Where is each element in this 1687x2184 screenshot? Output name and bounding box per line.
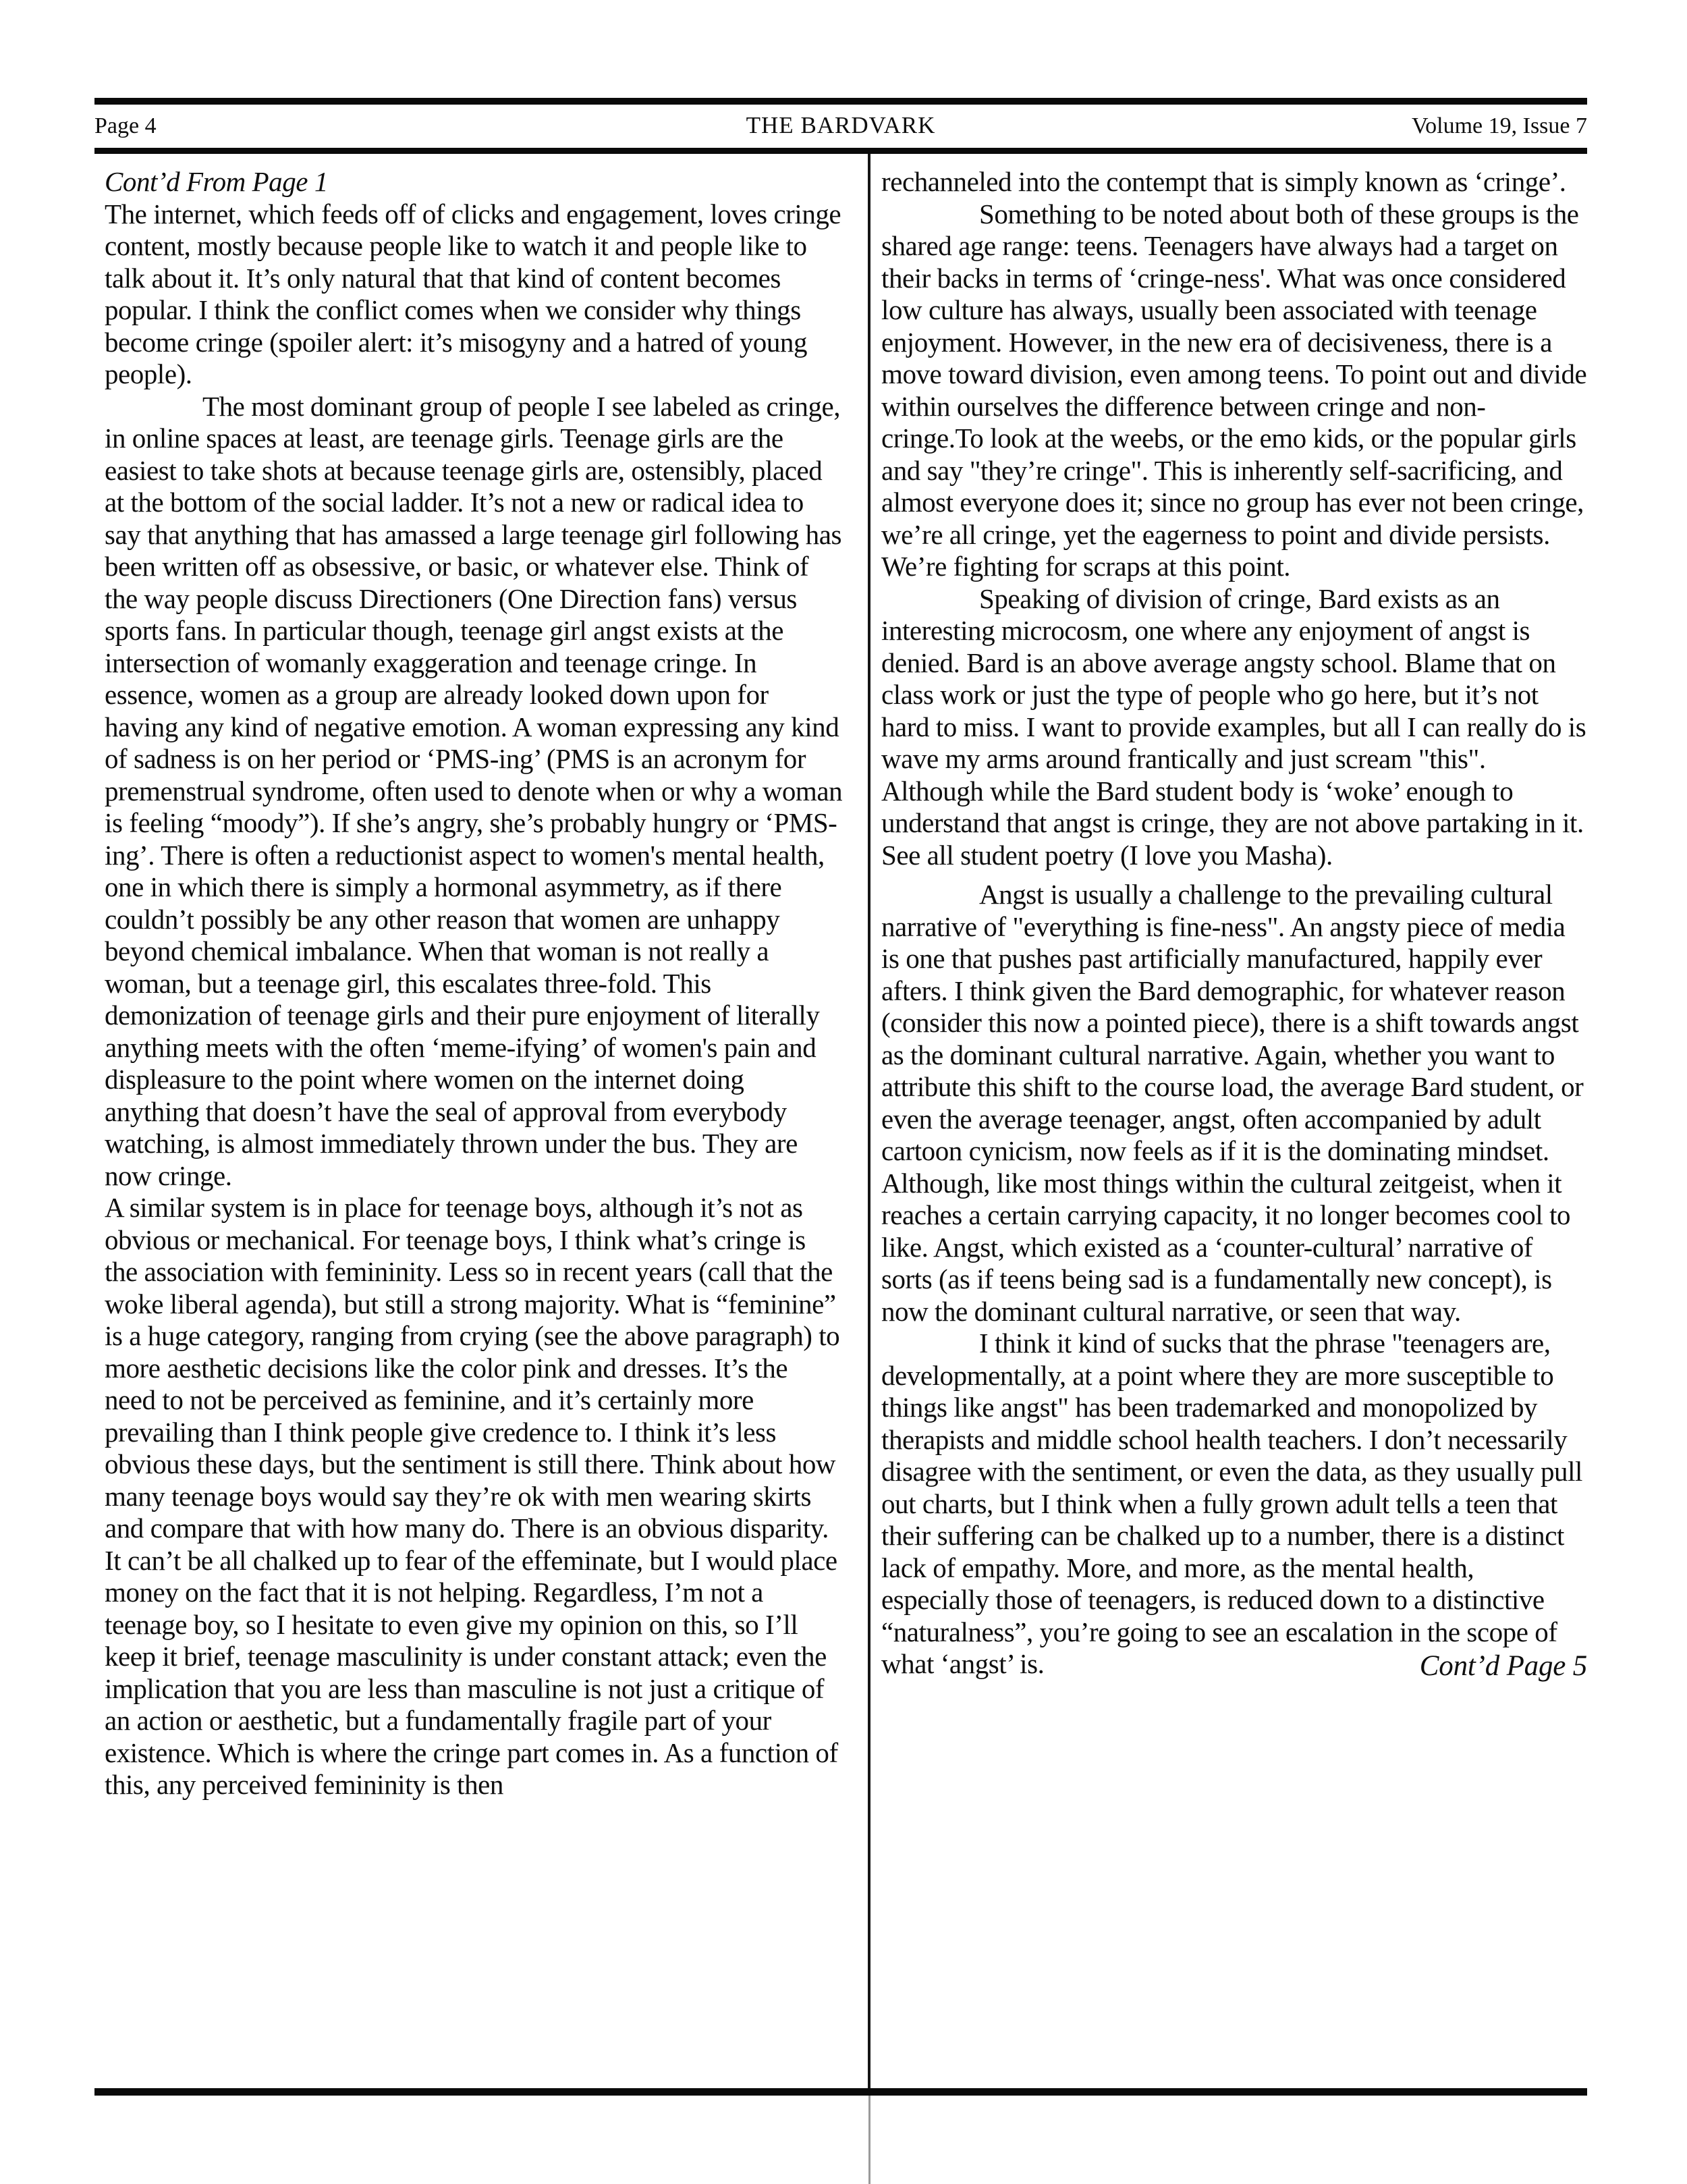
continued-on-note: Cont’d Page 5 [1410, 1650, 1587, 1683]
article-paragraph: The most dominant group of people I see … [105, 391, 843, 1193]
article-paragraph: I think it kind of sucks that the phrase… [881, 1328, 1587, 1681]
right-column: rechanneled into the contempt that is si… [881, 166, 1587, 1681]
volume-issue-label: Volume 19, Issue 7 [1412, 107, 1587, 145]
header-bottom-rule [94, 148, 1587, 154]
article-paragraph: Something to be noted about both of thes… [881, 198, 1587, 583]
article-paragraph: The internet, which feeds off of clicks … [105, 198, 843, 391]
page-number-label: Page 4 [94, 107, 157, 145]
column-divider [868, 154, 870, 2088]
newspaper-title: THE BARDVARK [746, 107, 936, 144]
column-divider-tail [868, 2096, 870, 2184]
masthead: Page 4 THE BARDVARK Volume 19, Issue 7 [94, 107, 1587, 145]
last-paragraph-wrap: I think it kind of sucks that the phrase… [881, 1328, 1587, 1681]
continued-from-note: Cont’d From Page 1 [105, 166, 843, 198]
article-paragraph: Angst is usually a challenge to the prev… [881, 879, 1587, 1328]
top-rule [94, 98, 1587, 105]
article-paragraph: Speaking of division of cringe, Bard exi… [881, 583, 1587, 872]
article-paragraph: A similar system is in place for teenage… [105, 1192, 843, 1801]
newspaper-page: Page 4 THE BARDVARK Volume 19, Issue 7 C… [0, 0, 1687, 2184]
article-paragraph: rechanneled into the contempt that is si… [881, 166, 1587, 198]
bottom-rule [94, 2088, 1587, 2096]
left-column: Cont’d From Page 1 The internet, which f… [105, 166, 843, 1801]
